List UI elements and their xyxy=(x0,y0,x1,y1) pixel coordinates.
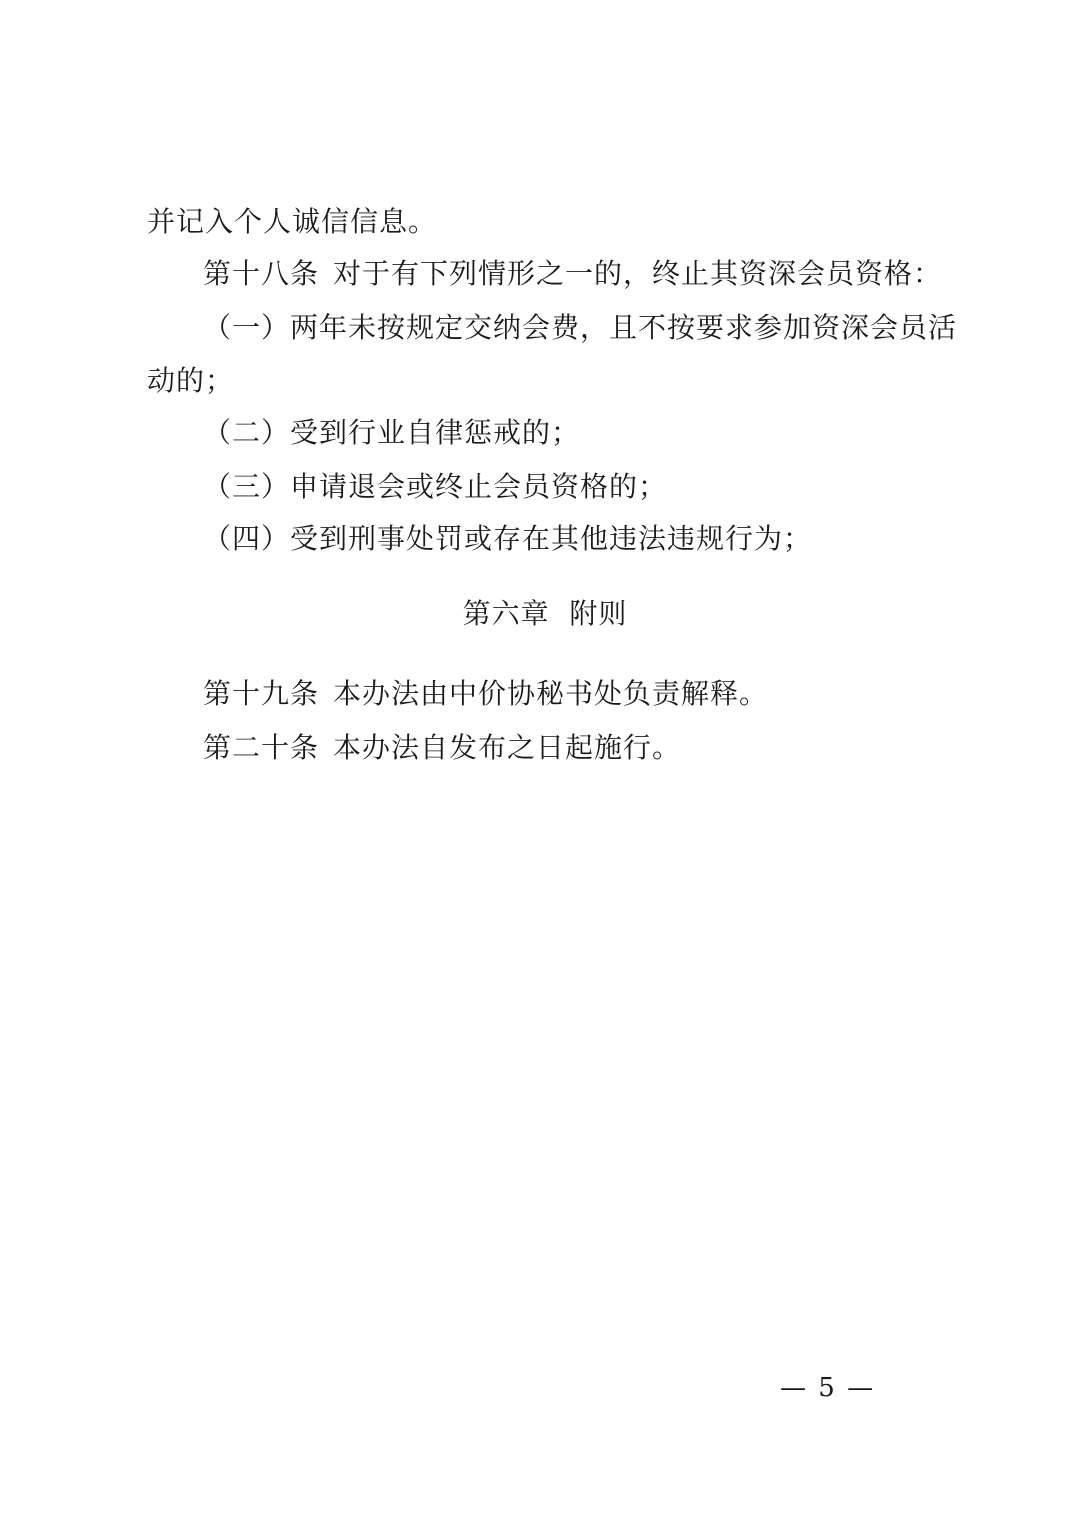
list-item-1-continuation: 动的； xyxy=(147,364,234,398)
list-item-2: （二）受到行业自律惩戒的； xyxy=(203,416,580,450)
article-number: 第十八条 xyxy=(203,257,319,290)
article-18: 第十八条对于有下列情形之一的，终止其资深会员资格： xyxy=(203,257,942,291)
document-page: 并记入个人诚信信息。 第十八条对于有下列情形之一的，终止其资深会员资格： （一）… xyxy=(0,0,1080,1528)
page-number: — 5 — xyxy=(780,1372,875,1404)
paragraph-continuation: 并记入个人诚信信息。 xyxy=(147,205,437,239)
list-item-3: （三）申请退会或终止会员资格的； xyxy=(203,470,667,504)
list-item-1: （一）两年未按规定交纳会费，且不按要求参加资深会员活 xyxy=(203,311,957,345)
chapter-heading: 第六章 附则 xyxy=(0,597,1080,631)
list-item-4: （四）受到刑事处罚或存在其他违法违规行为； xyxy=(203,522,812,556)
article-20: 第二十条本办法自发布之日起施行。 xyxy=(203,731,681,765)
article-19: 第十九条本办法由中价协秘书处负责解释。 xyxy=(203,677,768,711)
article-text: 本办法由中价协秘书处负责解释。 xyxy=(333,677,768,710)
article-number: 第十九条 xyxy=(203,677,319,710)
article-text: 本办法自发布之日起施行。 xyxy=(333,731,681,764)
article-text: 对于有下列情形之一的，终止其资深会员资格： xyxy=(333,257,942,290)
article-number: 第二十条 xyxy=(203,731,319,764)
